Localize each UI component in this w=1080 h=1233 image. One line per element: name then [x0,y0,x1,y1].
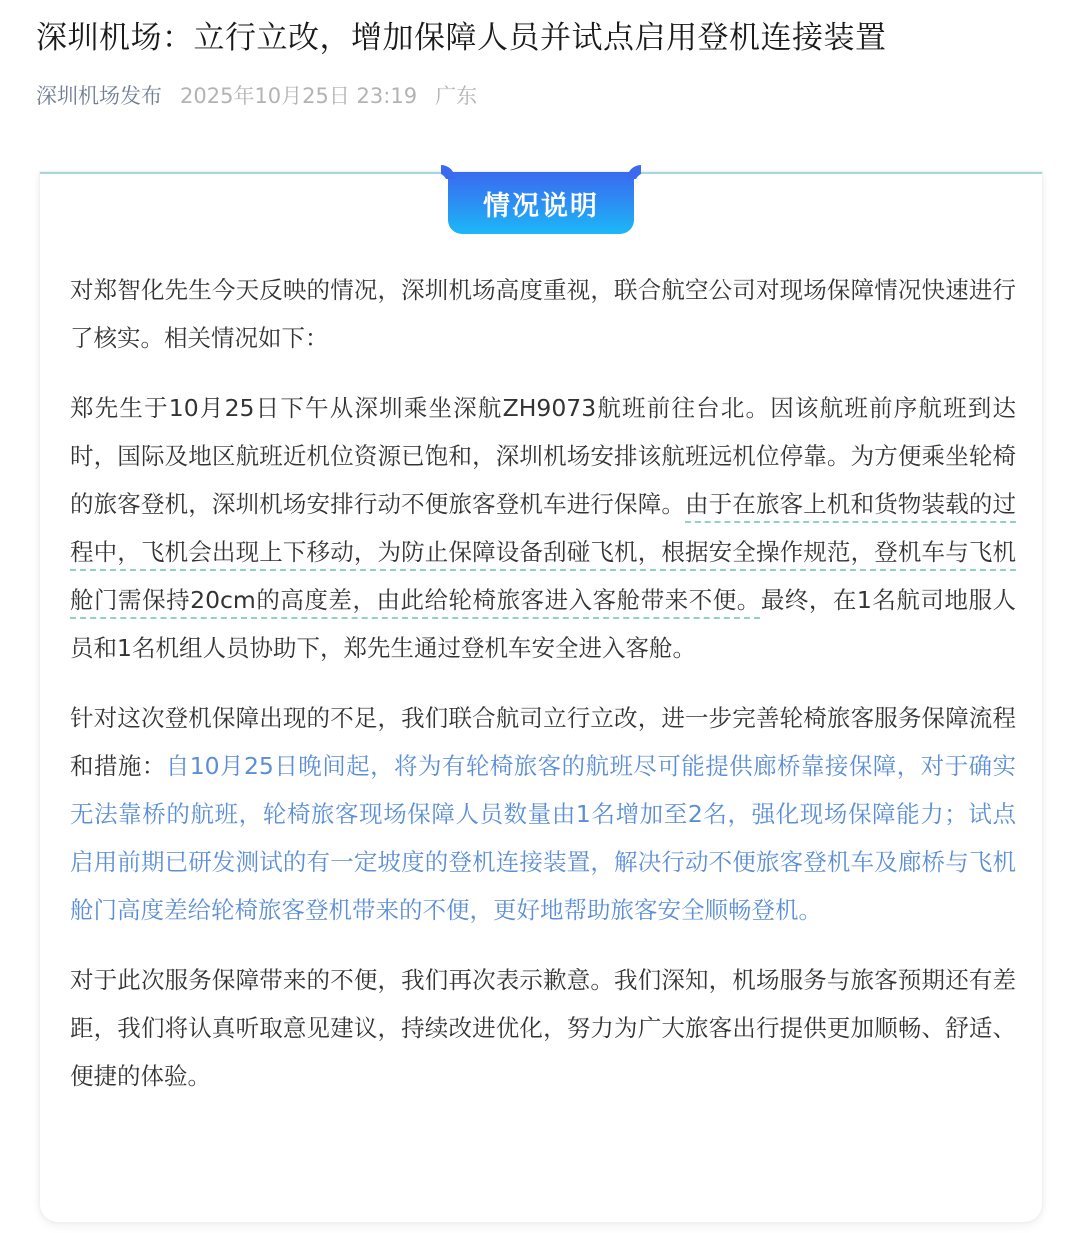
paragraph-text: 对于此次服务保障带来的不便，我们再次表示歉意。我们深知，机场服务与旅客预期还有差… [70,966,1016,1090]
paragraph-text: 对郑智化先生今天反映的情况，深圳机场高度重视，联合航空公司对现场保障情况快速进行… [70,276,1016,352]
article-title: 深圳机场：立行立改，增加保障人员并试点启用登机连接装置 [36,14,1056,62]
paragraph-incident: 郑先生于10月25日下午从深圳乘坐深航ZH9073航班前往台北。因该航班前序航班… [70,384,1016,672]
publish-location: 广东 [435,84,477,108]
article-meta: 深圳机场发布2025年10月25日 23:19广东 [36,78,477,114]
statement-badge: 情况说明 [448,172,634,234]
statement-content: 对郑智化先生今天反映的情况，深圳机场高度重视，联合航空公司对现场保障情况快速进行… [70,266,1016,1122]
highlighted-measures-text: 自10月25日晚间起，将为有轮椅旅客的航班尽可能提供廊桥靠接保障，对于确实无法靠… [70,752,1016,924]
statement-card: 情况说明 对郑智化先生今天反映的情况，深圳机场高度重视，联合航空公司对现场保障情… [40,172,1042,1222]
source-account-link[interactable]: 深圳机场发布 [36,84,162,108]
badge-label: 情况说明 [483,184,599,223]
paragraph-intro: 对郑智化先生今天反映的情况，深圳机场高度重视，联合航空公司对现场保障情况快速进行… [70,266,1016,362]
publish-date: 2025年10月25日 23:19 [180,84,417,108]
paragraph-measures: 针对这次登机保障出现的不足，我们联合航司立行立改，进一步完善轮椅旅客服务保障流程… [70,694,1016,934]
paragraph-apology: 对于此次服务保障带来的不便，我们再次表示歉意。我们深知，机场服务与旅客预期还有差… [70,956,1016,1100]
